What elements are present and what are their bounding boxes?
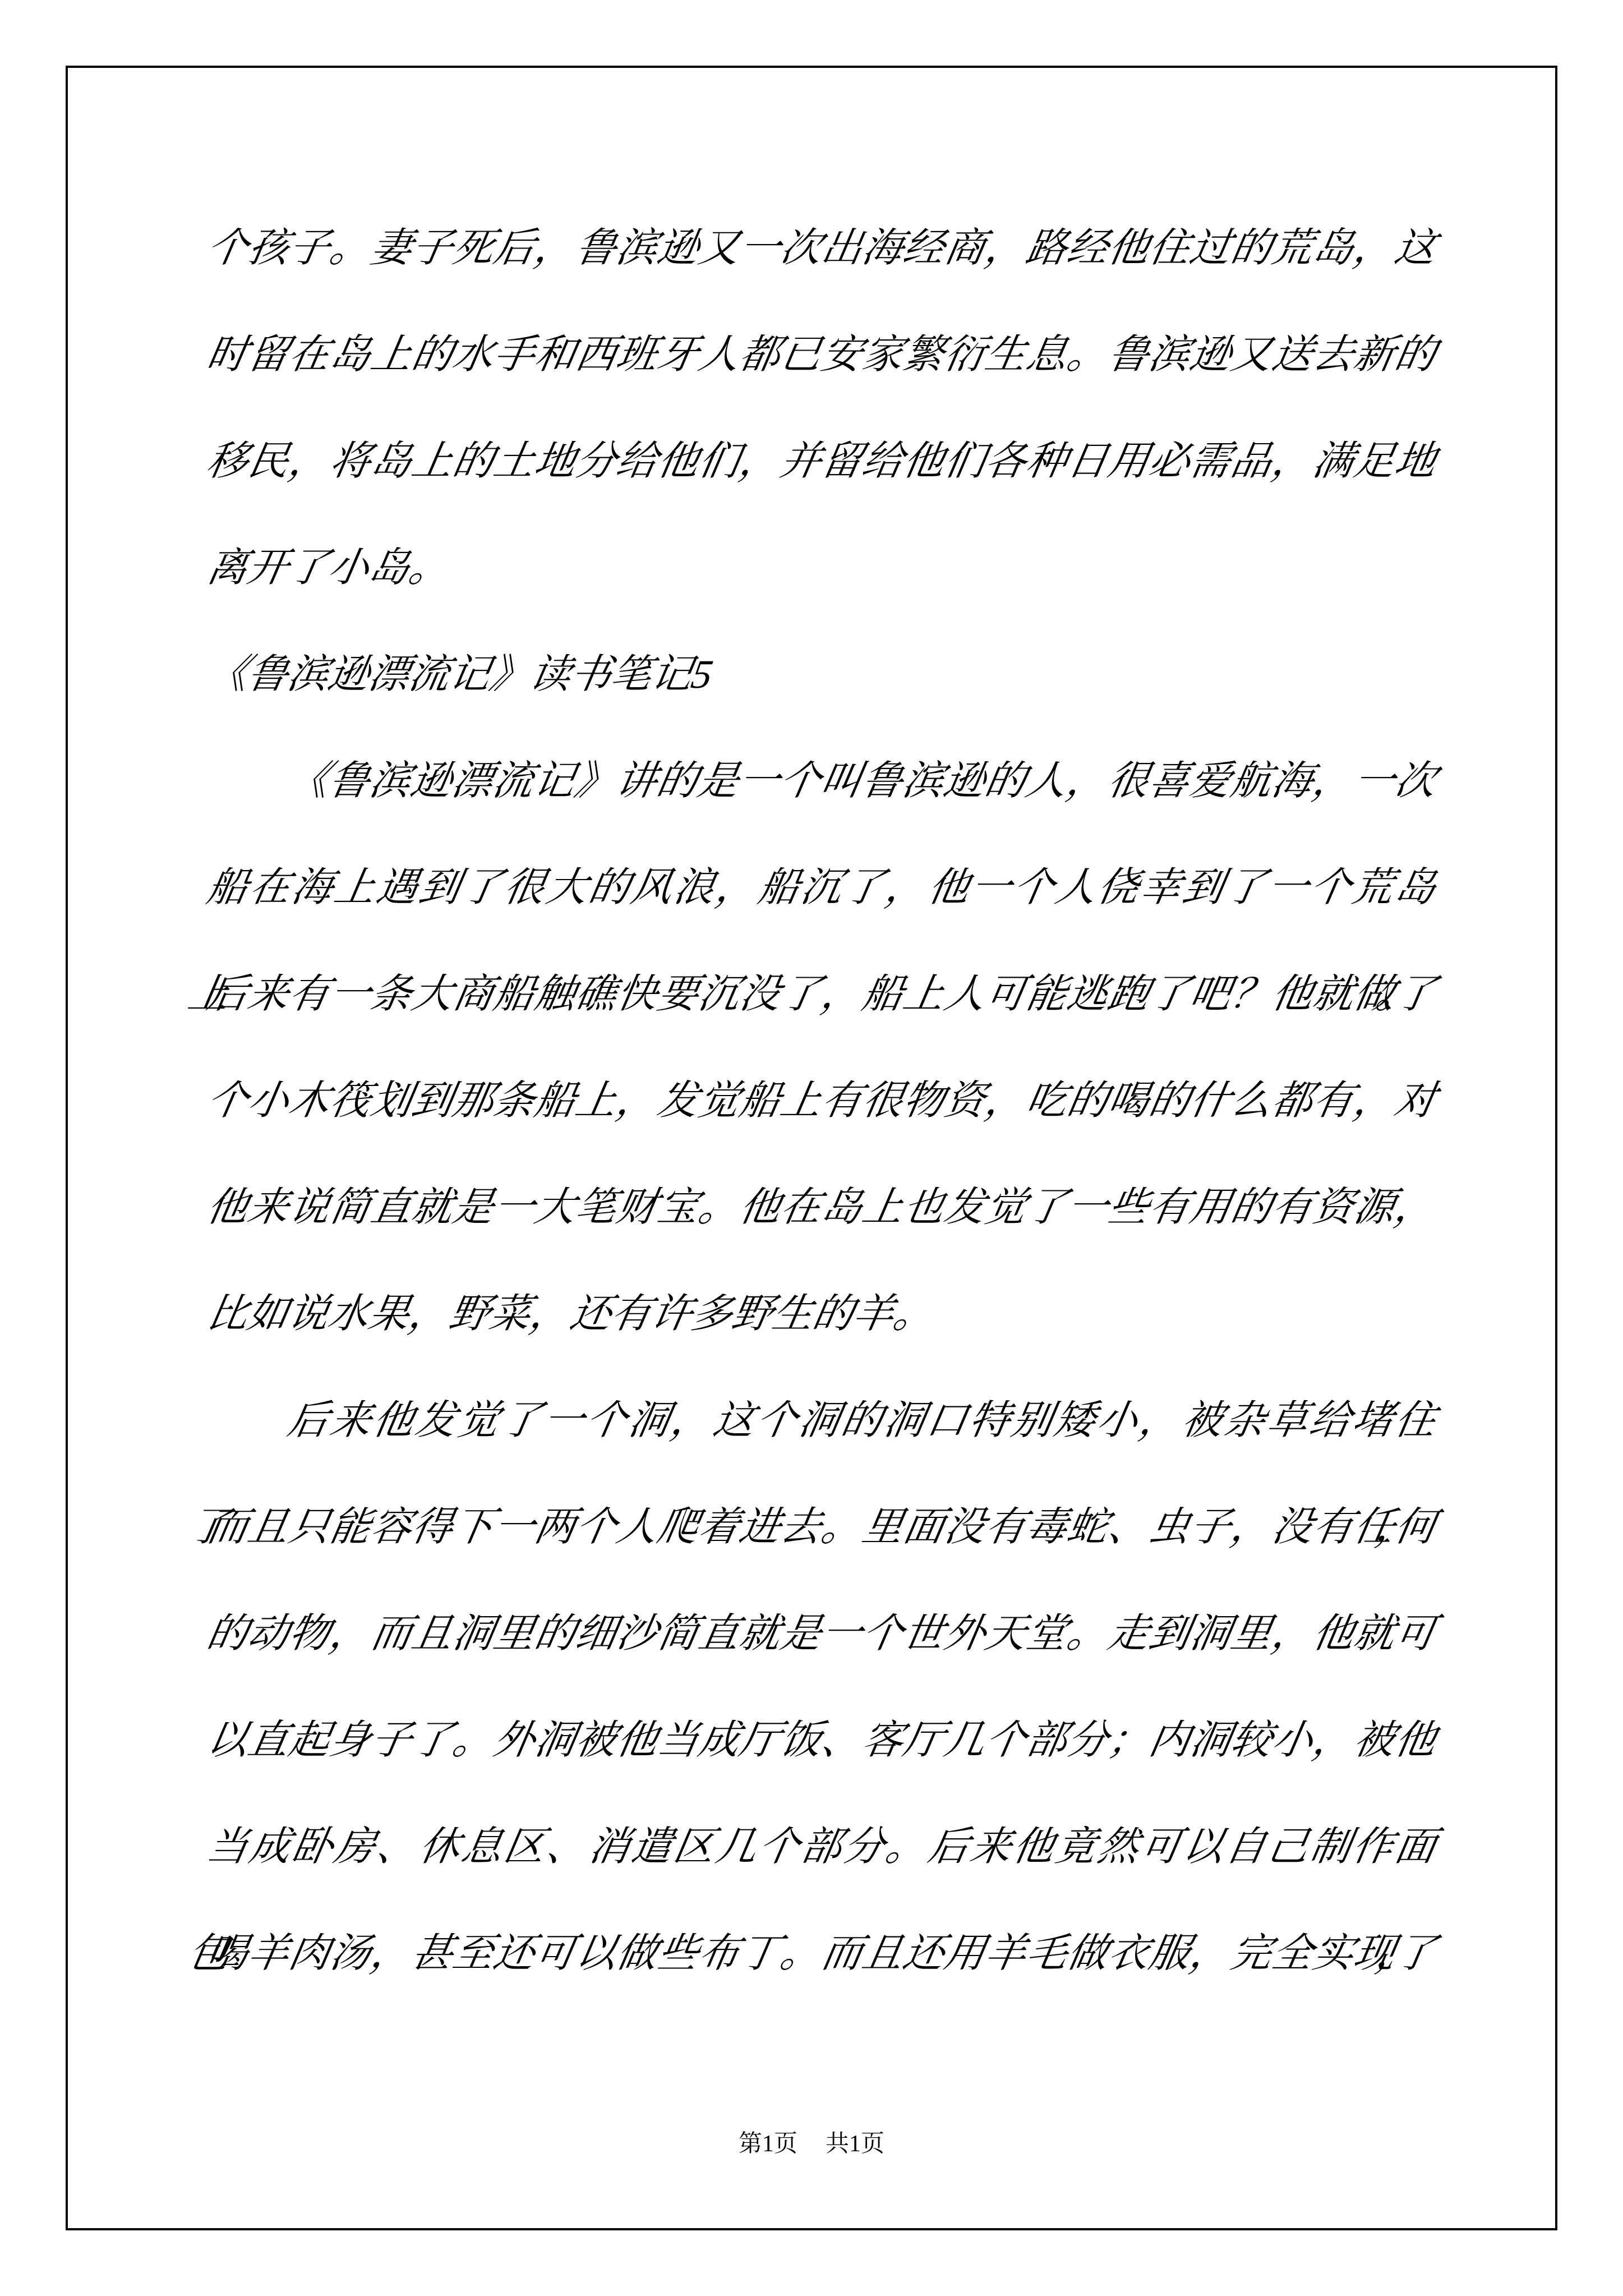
text-line: 个孩子。妻子死后，鲁滨逊又一次出海经商，路经他住过的荒岛，这 (198, 195, 1445, 301)
text-line: 离开了小岛。 (198, 514, 1445, 621)
text-line: 后来他发觉了一个洞，这个洞的洞口特别矮小，被杂草给堵住了， (198, 1367, 1445, 1474)
document-body: 个孩子。妻子死后，鲁滨逊又一次出海经商，路经他住过的荒岛，这 时留在岛上的水手和… (208, 195, 1436, 2007)
text-line: 时留在岛上的水手和西班牙人都已安家繁衍生息。鲁滨逊又送去新的 (198, 301, 1445, 408)
text-line: 他来说简直就是一大笔财宝。他在岛上也发觉了一些有用的有资源， (198, 1154, 1445, 1260)
text-line: 船在海上遇到了很大的风浪，船沉了，他一个人侥幸到了一个荒岛上。 (198, 834, 1445, 941)
text-line: 比如说水果，野菜，还有许多野生的羊。 (198, 1260, 1445, 1367)
text-line: 当成卧房、休息区、消遣区几个部分。后来他竟然可以自己制作面包， (198, 1793, 1445, 1900)
page-footer: 第1页 共1页 (0, 2132, 1623, 2156)
document-page: 个孩子。妻子死后，鲁滨逊又一次出海经商，路经他住过的荒岛，这 时留在岛上的水手和… (0, 0, 1623, 2296)
text-line: 喝羊肉汤，甚至还可以做些布丁。而且还用羊毛做衣服，完全实现了 (198, 1900, 1445, 2007)
footer-page-number: 第1页 (739, 2132, 797, 2156)
text-line: 以直起身子了。外洞被他当成厅饭、客厅几个部分；内洞较小，被他 (198, 1687, 1445, 1793)
text-line: 而且只能容得下一两个人爬着进去。里面没有毒蛇、虫子，没有任何 (198, 1474, 1445, 1580)
section-heading: 《鲁滨逊漂流记》读书笔记5 (198, 621, 1445, 728)
footer-page-total: 共1页 (826, 2132, 884, 2156)
text-line: 后来有一条大商船触礁快要沉没了，船上人可能逃跑了吧？他就做了 (198, 941, 1445, 1047)
text-line: 《鲁滨逊漂流记》讲的是一个叫鲁滨逊的人，很喜爱航海，一次 (198, 728, 1445, 834)
text-line: 的动物，而且洞里的细沙简直就是一个世外天堂。走到洞里，他就可 (198, 1580, 1445, 1687)
text-line: 移民，将岛上的土地分给他们，并留给他们各种日用必需品，满足地 (198, 408, 1445, 514)
text-line: 个小木筏划到那条船上，发觉船上有很物资，吃的喝的什么都有，对 (198, 1047, 1445, 1154)
